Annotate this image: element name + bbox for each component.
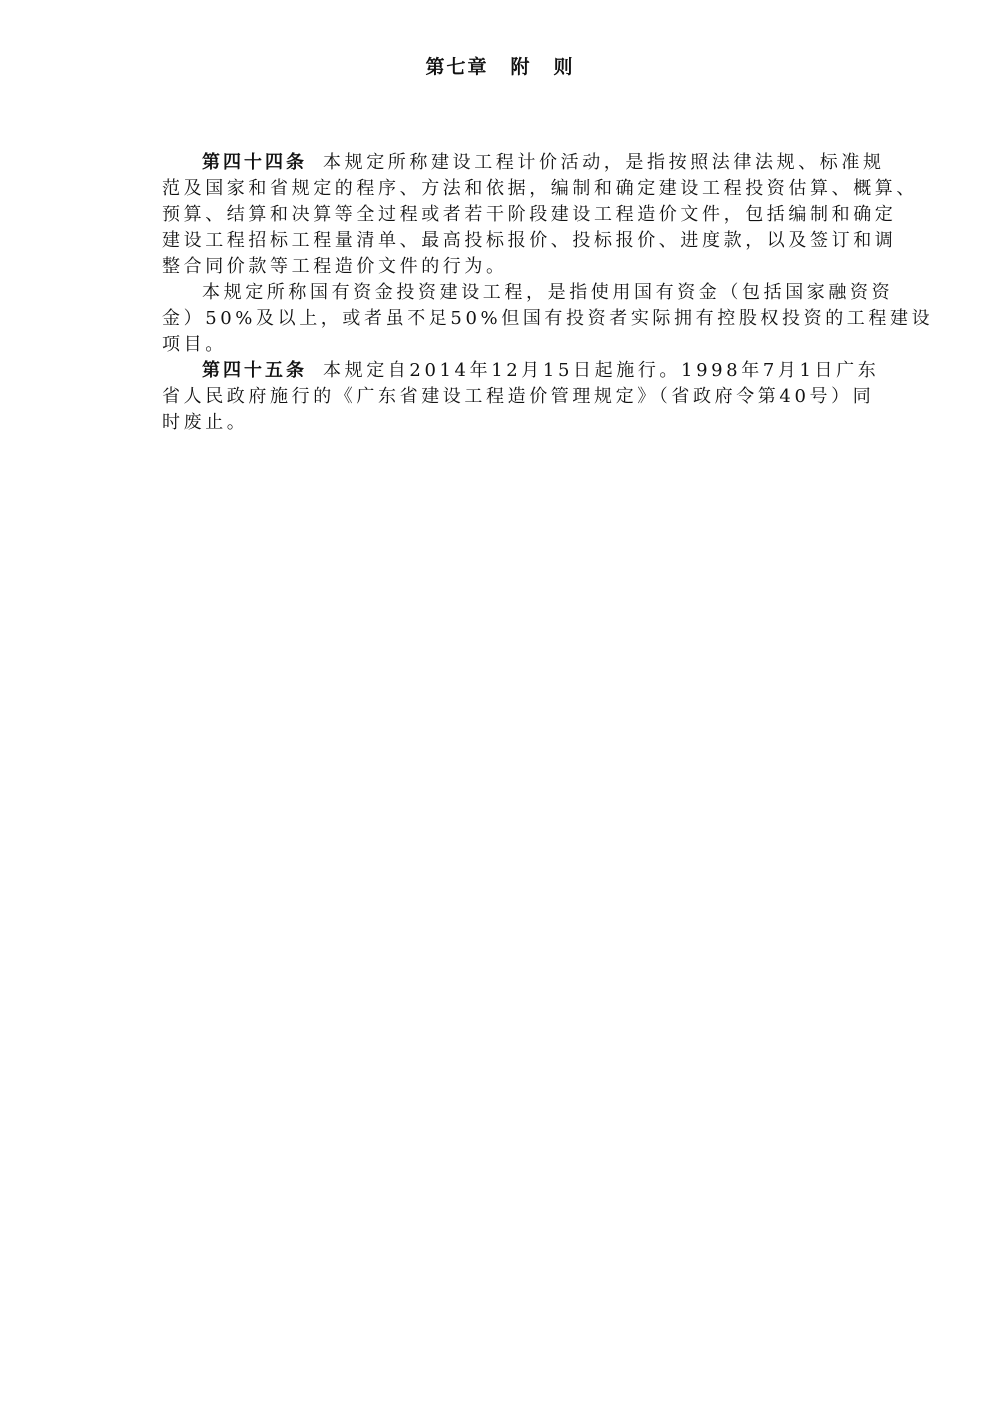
- article-44-para2-line-1: 本规定所称国有资金投资建设工程，是指使用国有资金（包括国家融资资: [162, 280, 846, 306]
- article-44-line-3: 预算、结算和决算等全过程或者若干阶段建设工程造价文件，包括编制和确定: [162, 202, 846, 228]
- document-body: 第四十四条本规定所称建设工程计价活动，是指按照法律法规、标准规 范及国家和省规定…: [162, 150, 846, 436]
- article-44-line-2: 范及国家和省规定的程序、方法和依据，编制和确定建设工程投资估算、概算、: [162, 176, 846, 202]
- chapter-name-2: 则: [554, 56, 575, 78]
- article-45-line-1: 第四十五条本规定自2014年12月15日起施行。1998年7月1日广东: [162, 358, 846, 384]
- article-44-line-4: 建设工程招标工程量清单、最高投标报价、投标报价、进度款，以及签订和调: [162, 228, 846, 254]
- article-44-heading: 第四十四条: [202, 152, 307, 173]
- article-45-line-3: 时废止。: [162, 410, 846, 436]
- article-45-heading: 第四十五条: [202, 360, 307, 381]
- article-text: 本规定自2014年12月15日起施行。1998年7月1日广东: [323, 360, 879, 381]
- chapter-title: 第七章附则: [0, 52, 1000, 79]
- article-44-para2-line-3: 项目。: [162, 332, 846, 358]
- article-text: 本规定所称建设工程计价活动，是指按照法律法规、标准规: [323, 152, 885, 173]
- chapter-number: 第七章: [425, 56, 488, 78]
- article-45-line-2: 省人民政府施行的《广东省建设工程造价管理规定》（省政府令第40号）同: [162, 384, 846, 410]
- article-44-para2-line-2: 金）50%及以上，或者虽不足50%但国有投资者实际拥有控股权投资的工程建设: [162, 306, 846, 332]
- article-44-line-1: 第四十四条本规定所称建设工程计价活动，是指按照法律法规、标准规: [162, 150, 846, 176]
- article-44-line-5: 整合同价款等工程造价文件的行为。: [162, 254, 846, 280]
- chapter-name-1: 附: [510, 56, 531, 78]
